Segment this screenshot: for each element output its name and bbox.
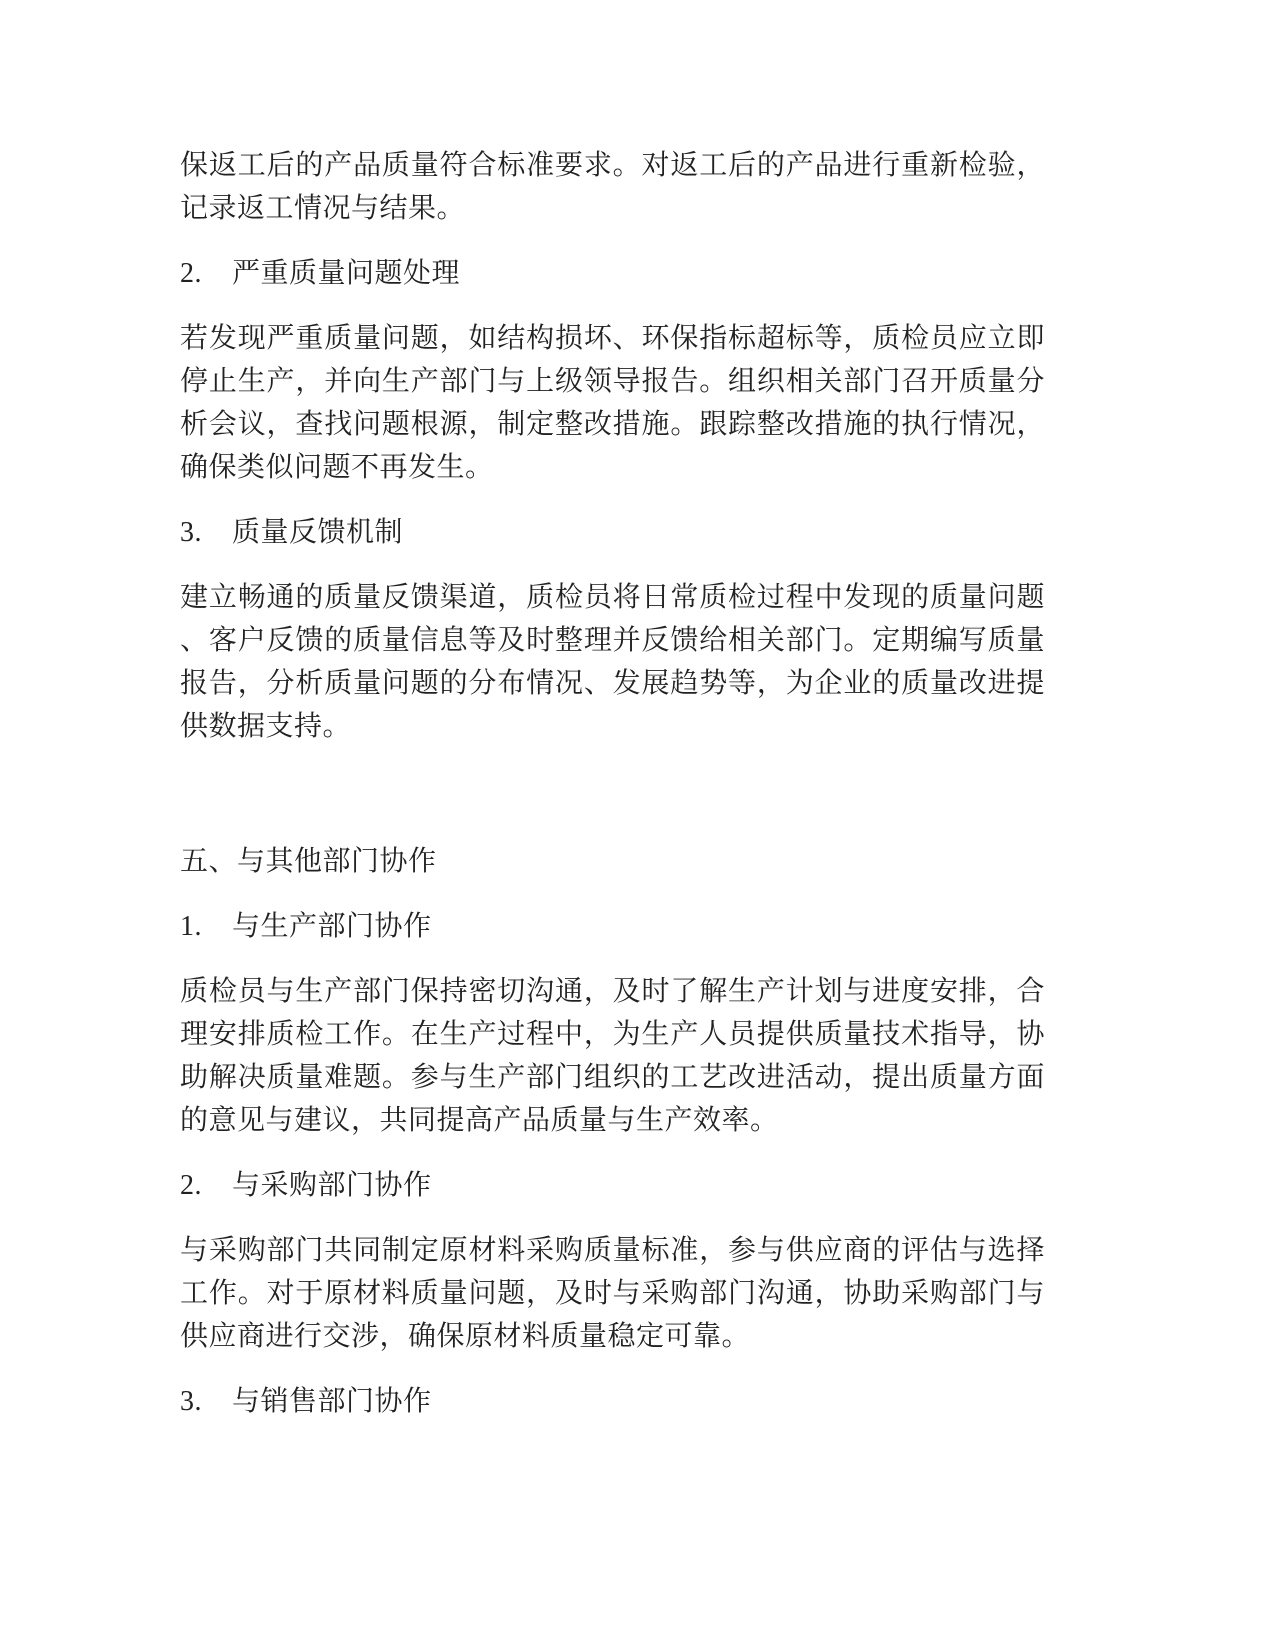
- heading-text: 质量反馈机制: [232, 517, 403, 548]
- document-page: 保返工后的产品质量符合标准要求。对返工后的产品进行重新检验，记录返工情况与结果。…: [0, 0, 1275, 1650]
- body-paragraph: 保返工后的产品质量符合标准要求。对返工后的产品进行重新检验，记录返工情况与结果。: [180, 144, 1045, 230]
- body-paragraph: 建立畅通的质量反馈渠道，质检员将日常质检过程中发现的质量问题、客户反馈的质量信息…: [180, 576, 1045, 748]
- body-paragraph: 若发现严重质量问题，如结构损坏、环保指标超标等，质检员应立即停止生产，并向生产部…: [180, 317, 1045, 489]
- heading-number: 3.: [180, 1380, 232, 1423]
- section-heading: 五、与其他部门协作: [180, 840, 1045, 883]
- heading-text: 与生产部门协作: [232, 911, 432, 942]
- heading-number: 1.: [180, 905, 232, 948]
- heading-text: 严重质量问题处理: [232, 258, 460, 289]
- body-paragraph: 与采购部门共同制定原材料采购质量标准，参与供应商的评估与选择工作。对于原材料质量…: [180, 1229, 1045, 1358]
- heading-number: 3.: [180, 511, 232, 554]
- numbered-heading: 3.质量反馈机制: [180, 511, 1045, 554]
- numbered-heading: 2.与采购部门协作: [180, 1164, 1045, 1207]
- heading-number: 2.: [180, 252, 232, 295]
- numbered-heading: 2.严重质量问题处理: [180, 252, 1045, 295]
- body-paragraph: 质检员与生产部门保持密切沟通，及时了解生产计划与进度安排，合理安排质检工作。在生…: [180, 970, 1045, 1142]
- heading-text: 与销售部门协作: [232, 1386, 432, 1417]
- heading-number: 2.: [180, 1164, 232, 1207]
- heading-text: 与采购部门协作: [232, 1170, 432, 1201]
- numbered-heading: 1.与生产部门协作: [180, 905, 1045, 948]
- numbered-heading: 3.与销售部门协作: [180, 1380, 1045, 1423]
